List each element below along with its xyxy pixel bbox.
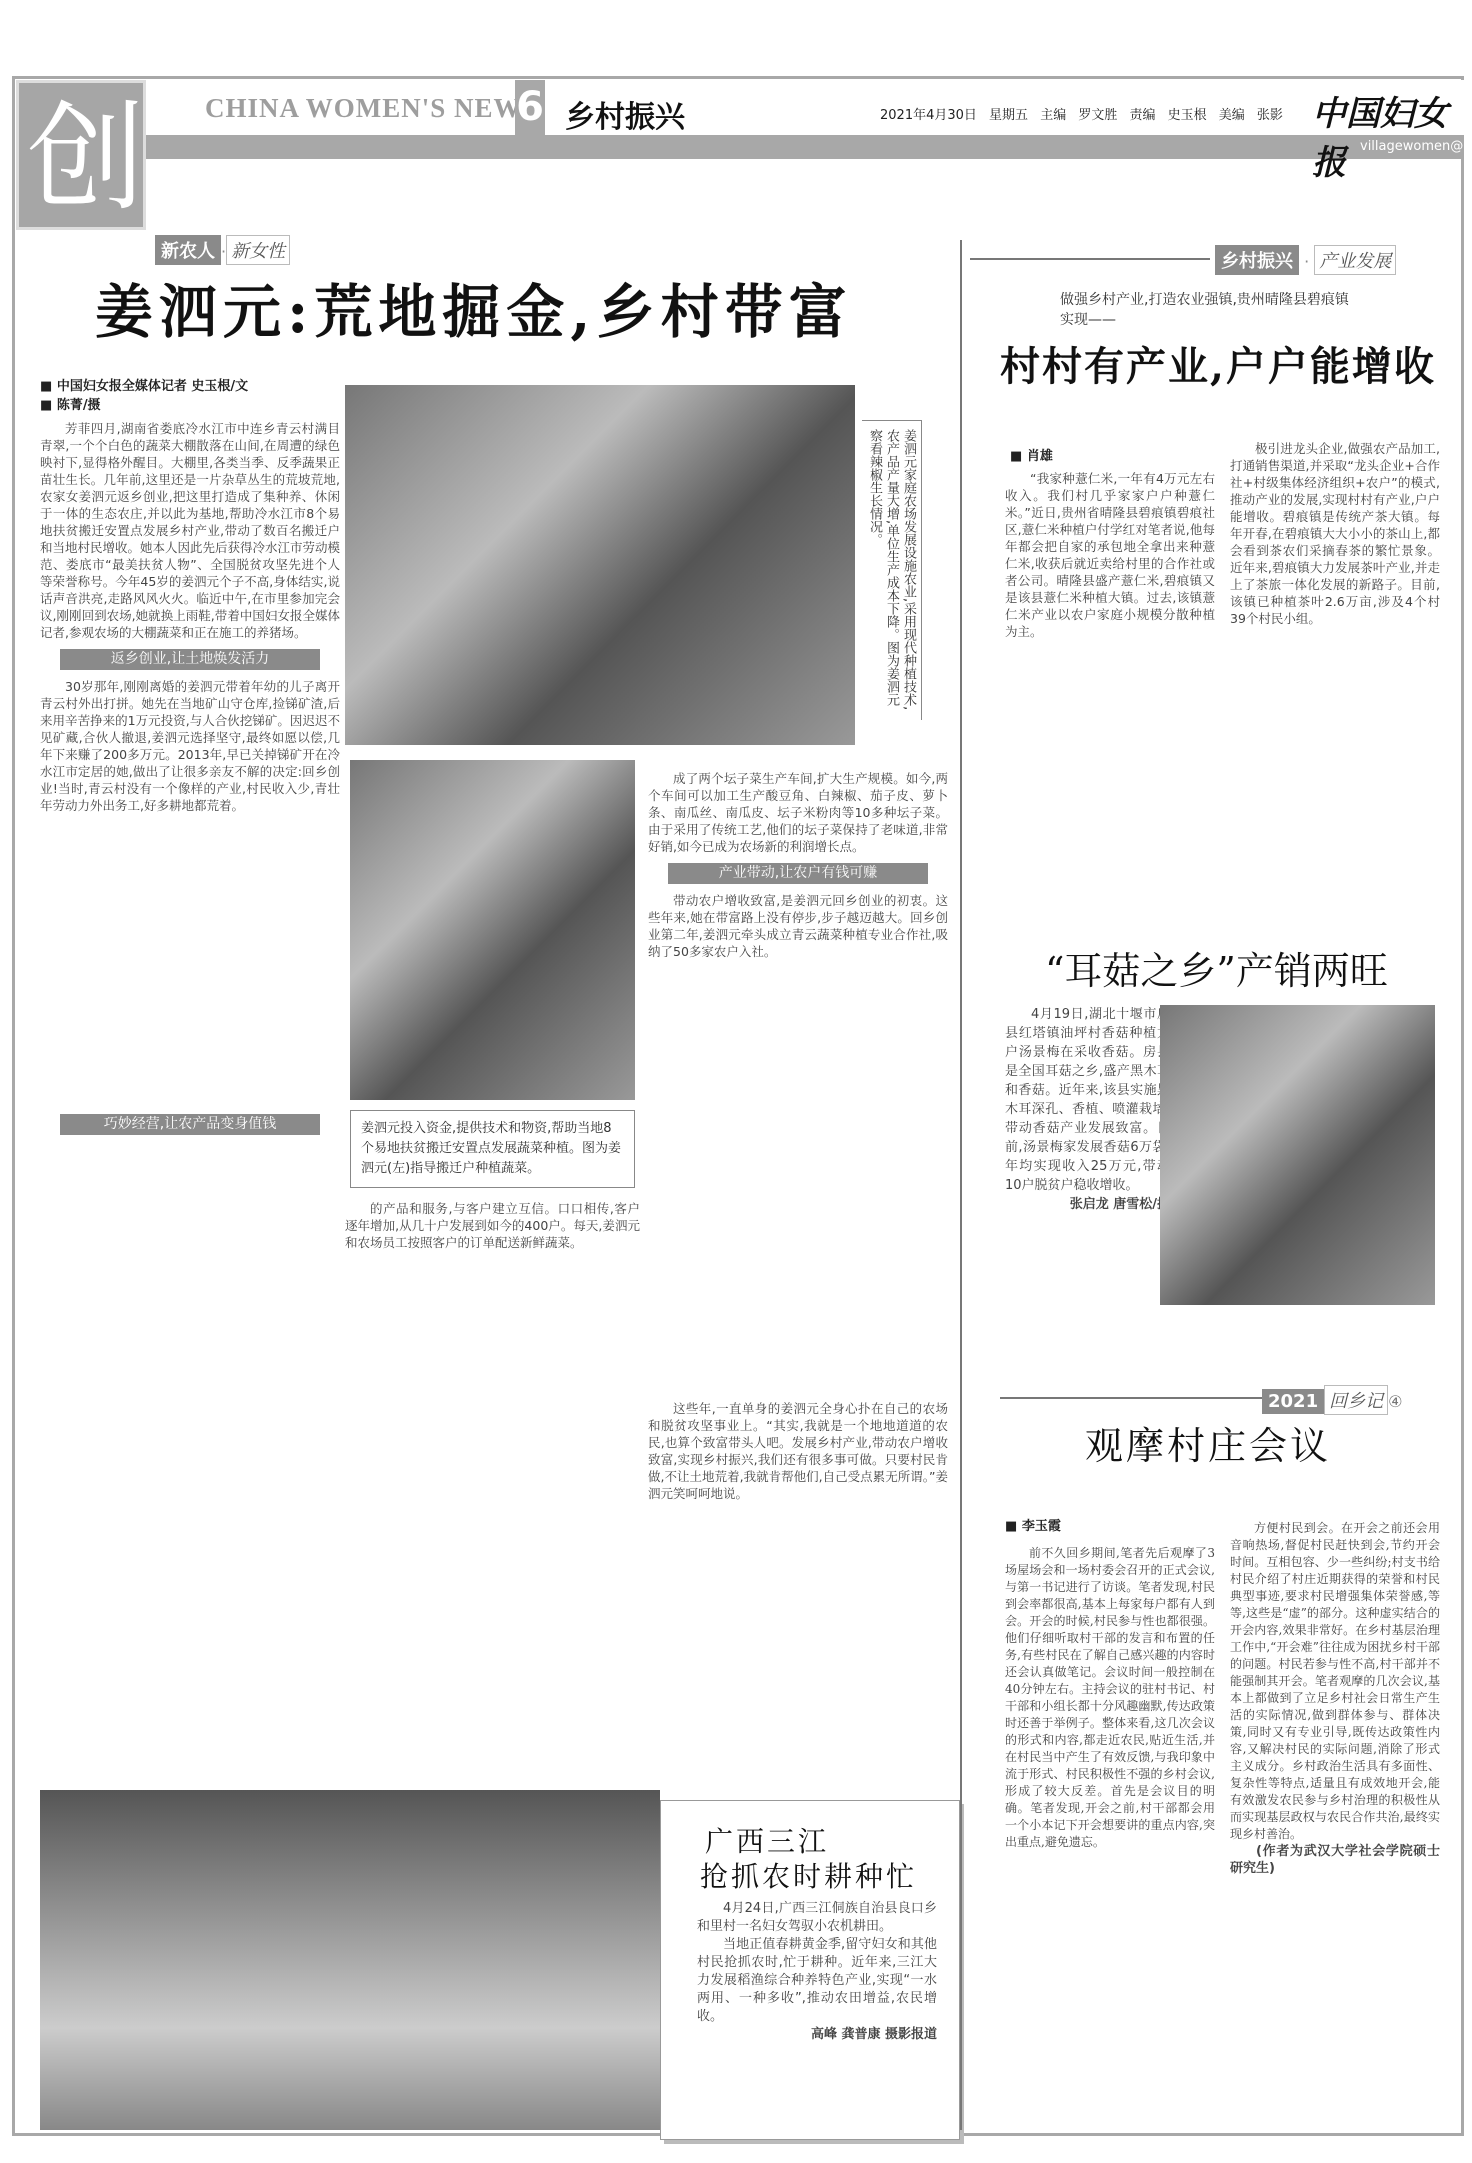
bottom-story-text: 4月24日,广西三江侗族自治县良口乡和里村一名妇女驾驭小农机耕田。 当地正值春耕… xyxy=(697,1900,937,2044)
section-logo-block: 创 xyxy=(16,80,146,230)
paragraph: 成了两个坛子菜生产车间,扩大生产规模。如今,两个车间可以加工生产酸豆角、白辣椒、… xyxy=(648,770,948,855)
paragraph: 芳菲四月,湖南省娄底冷水江市中连乡青云村满目青翠,一个个白色的蔬菜大棚散落在山间… xyxy=(40,420,340,641)
subhead: 返乡创业,让土地焕发活力 xyxy=(60,649,320,670)
paragraph: “我家种薏仁米,一年有4万元左右收入。我们村几乎家家户户种薏仁米。”近日,贵州省… xyxy=(1005,470,1215,640)
series-tag: 2021回乡记④ xyxy=(1262,1385,1402,1415)
photo-field-guidance xyxy=(350,760,635,1100)
rule xyxy=(970,258,1210,260)
series-year: 2021 xyxy=(1262,1389,1324,1414)
subhead: 产业带动,让农户有钱可赚 xyxy=(668,863,928,884)
paragraph: 极引进龙头企业,做强农产品加工,打通销售渠道,并采取“龙头企业+合作社+村级集体… xyxy=(1230,440,1440,627)
photo-credit: 张启龙 唐雪松/摄 xyxy=(1005,1195,1170,1214)
right-lead: 做强乡村产业,打造农业强镇,贵州晴隆县碧痕镇实现—— xyxy=(1060,290,1360,330)
right3-col1: 前不久回乡期间,笔者先后观摩了3场屋场会和一场村委会召开的正式会议,与第一书记进… xyxy=(1005,1545,1215,1851)
series-name: 回乡记 xyxy=(1324,1385,1388,1415)
main-col2-bottom: 的产品和服务,与客户建立互信。口口相传,客户逐年增加,从几十户发展到如今的400… xyxy=(345,1200,640,1251)
paragraph: 前不久回乡期间,笔者先后观摩了3场屋场会和一场村委会召开的正式会议,与第一书记进… xyxy=(1005,1545,1215,1851)
paragraph: 这些年,一直单身的姜泗元全身心扑在自己的农场和脱贫攻坚事业上。“其实,我就是一个… xyxy=(648,1400,948,1502)
paragraph: 当地正值春耕黄金季,留守妇女和其他村民抢抓农时,忙于耕种。近年来,三江大力发展稻… xyxy=(697,1936,937,2026)
paragraph: 4月24日,广西三江侗族自治县良口乡和里村一名妇女驾驭小农机耕田。 xyxy=(697,1900,937,1936)
main-col1: 芳菲四月,湖南省娄底冷水江市中连乡青云村满目青翠,一个个白色的蔬菜大棚散落在山间… xyxy=(40,420,340,1143)
email-link[interactable]: villagewomen@163.com xyxy=(1360,139,1472,154)
byline-writer: 中国妇女报全媒体记者 史玉根/文 xyxy=(40,375,250,394)
right-column-tag: 乡村振兴 · 产业发展 xyxy=(1215,245,1396,275)
paragraph: 方便村民到会。在开会之前还会用音响热场,督促村民赶快到会,节约开会时间。互相包容… xyxy=(1230,1520,1440,1843)
right-byline: 肖雄 xyxy=(1010,445,1053,464)
column-tag-2: 产业发展 xyxy=(1314,245,1396,275)
main-bylines: 中国妇女报全媒体记者 史玉根/文 陈菁/摄 xyxy=(40,375,250,413)
bottom-headline-2: 抢抓农时耕种忙 xyxy=(700,1855,917,1895)
main-col3: 成了两个坛子菜生产车间,扩大生产规模。如今,两个车间可以加工生产酸豆角、白辣椒、… xyxy=(648,770,948,960)
dateline: 2021年4月30日 星期五 主编 罗文胜 责编 史玉根 美编 张影 xyxy=(880,104,1283,123)
responsible-editor: 责编 史玉根 xyxy=(1129,108,1206,123)
paragraph: 4月19日,湖北十堰市房县红塔镇油坪村香菇种植大户汤景梅在采收香菇。房县是全国耳… xyxy=(1005,1005,1170,1195)
art-editor: 美编 张影 xyxy=(1219,108,1283,123)
byline-photo: 陈菁/摄 xyxy=(40,394,250,413)
right-headline-2: “耳菇之乡”产销两旺 xyxy=(1045,940,1388,995)
subhead: 巧妙经营,让农产品变身值钱 xyxy=(60,1114,320,1135)
header-band xyxy=(146,135,1464,159)
paragraph: 带动农户增收致富,是姜泗元回乡创业的初衷。这些年来,她在带富路上没有停步,步子越… xyxy=(648,892,948,960)
column-tag: 乡村振兴 xyxy=(1215,245,1299,275)
paragraph: 30岁那年,刚刚离婚的姜泗元带着年幼的儿子离开青云村外出打拼。她先在当地矿山守仓… xyxy=(40,678,340,814)
right1-col2: 极引进龙头企业,做强农产品加工,打通销售渠道,并采取“龙头企业+合作社+村级集体… xyxy=(1230,440,1440,627)
right1-col1: “我家种薏仁米,一年有4万元左右收入。我们村几乎家家户户种薏仁米。”近日,贵州省… xyxy=(1005,470,1215,640)
main-column-tag: 新农人·新女性 xyxy=(155,235,290,265)
main-headline: 姜泗元:荒地掘金,乡村带富 xyxy=(95,265,853,349)
photo-mushroom-harvest xyxy=(1160,1005,1435,1305)
series-number: ④ xyxy=(1388,1392,1402,1411)
photo-credit: 高峰 龚普康 摄影报道 xyxy=(697,2026,937,2044)
section-logo-char: 创 xyxy=(27,83,145,233)
paragraph: 的产品和服务,与客户建立互信。口口相传,客户逐年增加,从几十户发展到如今的400… xyxy=(345,1200,640,1251)
right3-byline: 李玉霞 xyxy=(1005,1515,1061,1534)
photo-greenhouse-woman xyxy=(345,385,855,745)
main-col3-bottom: 这些年,一直单身的姜泗元全身心扑在自己的农场和脱贫攻坚事业上。“其实,我就是一个… xyxy=(648,1400,948,1502)
column-tag-2: 新女性 xyxy=(226,235,290,265)
column-divider xyxy=(960,240,962,2130)
author-note: (作者为武汉大学社会学院硕士研究生) xyxy=(1230,1843,1440,1877)
weekday: 星期五 xyxy=(989,108,1028,123)
photo-farming-tractor xyxy=(40,1790,660,2130)
section-title: 乡村振兴 xyxy=(565,92,685,136)
chief-editor: 主编 罗文胜 xyxy=(1040,108,1117,123)
english-name: CHINA WOMEN'S NEWS xyxy=(205,93,538,124)
photo2-caption: 姜泗元投入资金,提供技术和物资,帮助当地8个易地扶贫搬迁安置点发展蔬菜种植。图为… xyxy=(350,1110,635,1188)
right-headline-1: 村村有产业,户户能增收 xyxy=(1000,335,1436,392)
date: 2021年4月30日 xyxy=(880,108,977,123)
photo1-caption: 姜泗元家庭农场发展设施农业,采用现代种植技术,农产品产量大增,单位生产成本下降。… xyxy=(862,420,922,720)
rule xyxy=(1000,1397,1270,1399)
right2-text: 4月19日,湖北十堰市房县红塔镇油坪村香菇种植大户汤景梅在采收香菇。房县是全国耳… xyxy=(1005,1005,1170,1214)
right3-col2: 方便村民到会。在开会之前还会用音响热场,督促村民赶快到会,节约开会时间。互相包容… xyxy=(1230,1520,1440,1877)
page-number: 6 xyxy=(515,80,545,135)
masthead-logo: 中国妇女报 xyxy=(1312,86,1472,184)
bottom-headline-1: 广西三江 xyxy=(705,1820,829,1860)
right-headline-3: 观摩村庄会议 xyxy=(1085,1415,1331,1470)
column-tag: 新农人 xyxy=(155,235,221,265)
